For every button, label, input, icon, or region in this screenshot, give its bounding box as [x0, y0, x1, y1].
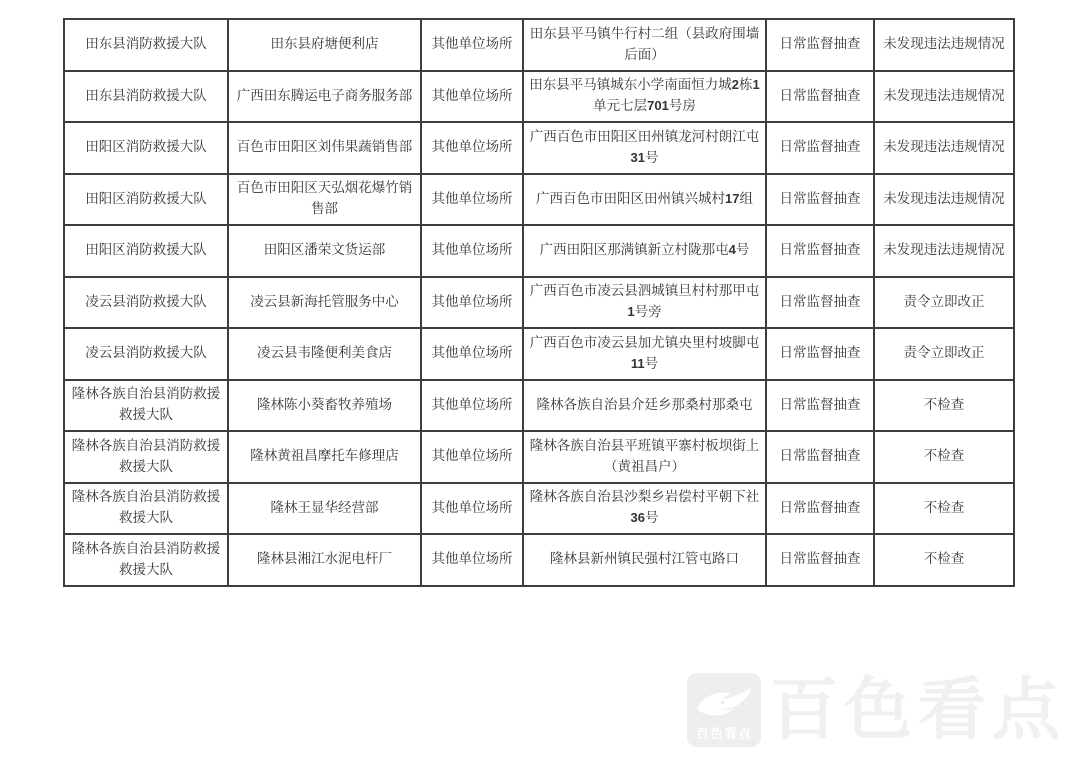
watermark: 百色看点 百色看点	[687, 672, 1067, 752]
cell-unit-name: 田东县府塘便利店	[228, 19, 421, 71]
cell-check-type: 日常监督抽查	[766, 174, 874, 226]
cell-result: 不检查	[874, 534, 1014, 586]
cell-unit-name: 凌云县韦隆便利美食店	[228, 328, 421, 380]
cell-result: 责令立即改正	[874, 328, 1014, 380]
cell-address: 隆林各族自治县沙梨乡岩偿村平朝下社36号	[523, 483, 766, 535]
cell-unit-name: 凌云县新海托管服务中心	[228, 277, 421, 329]
cell-check-type: 日常监督抽查	[766, 534, 874, 586]
table-row: 田阳区消防救援大队 百色市田阳区天弘烟花爆竹销售部 其他单位场所 广西百色市田阳…	[64, 174, 1014, 226]
watermark-logo: 百色看点	[687, 673, 761, 747]
watermark-brand-text: 百色看点	[770, 672, 1066, 748]
cell-brigade: 田东县消防救援大队	[64, 19, 228, 71]
inspection-table: 田东县消防救援大队 田东县府塘便利店 其他单位场所 田东县平马镇牛行村二组（县政…	[63, 18, 1015, 587]
cell-result: 未发现违法违规情况	[874, 71, 1014, 123]
cell-check-type: 日常监督抽查	[766, 277, 874, 329]
cell-check-type: 日常监督抽查	[766, 328, 874, 380]
cell-result: 不检查	[874, 431, 1014, 483]
cell-place-type: 其他单位场所	[421, 483, 523, 535]
cell-result: 责令立即改正	[874, 277, 1014, 329]
cell-brigade: 田阳区消防救援大队	[64, 225, 228, 277]
cell-brigade: 凌云县消防救援大队	[64, 328, 228, 380]
cell-address: 广西百色市田阳区田州镇兴城村17组	[523, 174, 766, 226]
cell-check-type: 日常监督抽查	[766, 380, 874, 432]
table-row: 隆林各族自治县消防救援救援大队 隆林王显华经营部 其他单位场所 隆林各族自治县沙…	[64, 483, 1014, 535]
cell-unit-name: 隆林陈小葵畜牧养殖场	[228, 380, 421, 432]
cell-address: 广西百色市凌云县泗城镇旦村村那甲屯1号旁	[523, 277, 766, 329]
table-row: 田东县消防救援大队 田东县府塘便利店 其他单位场所 田东县平马镇牛行村二组（县政…	[64, 19, 1014, 71]
cell-address: 广西百色市凌云县加尤镇央里村坡脚屯11号	[523, 328, 766, 380]
watermark-logo-label: 百色看点	[687, 723, 761, 742]
cell-brigade: 田阳区消防救援大队	[64, 174, 228, 226]
cell-address: 隆林县新州镇民强村江管屯路口	[523, 534, 766, 586]
cell-unit-name: 隆林黄祖昌摩托车修理店	[228, 431, 421, 483]
cell-address: 隆林各族自治县平班镇平寨村板坝街上（黄祖昌户）	[523, 431, 766, 483]
cell-address: 广西田阳区那满镇新立村陇那屯4号	[523, 225, 766, 277]
cell-check-type: 日常监督抽查	[766, 225, 874, 277]
table-row: 田阳区消防救援大队 百色市田阳区刘伟果蔬销售部 其他单位场所 广西百色市田阳区田…	[64, 122, 1014, 174]
cell-place-type: 其他单位场所	[421, 534, 523, 586]
cell-result: 未发现违法违规情况	[874, 122, 1014, 174]
table-row: 田阳区消防救援大队 田阳区潘荣文货运部 其他单位场所 广西田阳区那满镇新立村陇那…	[64, 225, 1014, 277]
cell-place-type: 其他单位场所	[421, 328, 523, 380]
cell-place-type: 其他单位场所	[421, 431, 523, 483]
cell-brigade: 田东县消防救援大队	[64, 71, 228, 123]
cell-place-type: 其他单位场所	[421, 277, 523, 329]
table-row: 凌云县消防救援大队 凌云县新海托管服务中心 其他单位场所 广西百色市凌云县泗城镇…	[64, 277, 1014, 329]
cell-unit-name: 隆林王显华经营部	[228, 483, 421, 535]
cell-place-type: 其他单位场所	[421, 174, 523, 226]
cell-check-type: 日常监督抽查	[766, 483, 874, 535]
cell-result: 不检查	[874, 380, 1014, 432]
cell-brigade: 隆林各族自治县消防救援救援大队	[64, 534, 228, 586]
table-row: 隆林各族自治县消防救援救援大队 隆林陈小葵畜牧养殖场 其他单位场所 隆林各族自治…	[64, 380, 1014, 432]
cell-brigade: 隆林各族自治县消防救援救援大队	[64, 380, 228, 432]
cell-check-type: 日常监督抽查	[766, 71, 874, 123]
cell-address: 广西百色市田阳区田州镇龙河村朗江屯31号	[523, 122, 766, 174]
cell-unit-name: 百色市田阳区天弘烟花爆竹销售部	[228, 174, 421, 226]
table-row: 凌云县消防救援大队 凌云县韦隆便利美食店 其他单位场所 广西百色市凌云县加尤镇央…	[64, 328, 1014, 380]
cell-brigade: 田阳区消防救援大队	[64, 122, 228, 174]
cell-brigade: 凌云县消防救援大队	[64, 277, 228, 329]
cell-address: 田东县平马镇牛行村二组（县政府围墙后面）	[523, 19, 766, 71]
cell-check-type: 日常监督抽查	[766, 19, 874, 71]
cell-unit-name: 百色市田阳区刘伟果蔬销售部	[228, 122, 421, 174]
cell-place-type: 其他单位场所	[421, 19, 523, 71]
cell-place-type: 其他单位场所	[421, 122, 523, 174]
cell-place-type: 其他单位场所	[421, 380, 523, 432]
cell-unit-name: 田阳区潘荣文货运部	[228, 225, 421, 277]
cell-result: 未发现违法违规情况	[874, 19, 1014, 71]
cell-brigade: 隆林各族自治县消防救援救援大队	[64, 483, 228, 535]
cell-check-type: 日常监督抽查	[766, 431, 874, 483]
table-row: 隆林各族自治县消防救援救援大队 隆林黄祖昌摩托车修理店 其他单位场所 隆林各族自…	[64, 431, 1014, 483]
cell-unit-name: 隆林县湘江水泥电杆厂	[228, 534, 421, 586]
cell-address: 隆林各族自治县介廷乡那桑村那桑屯	[523, 380, 766, 432]
cell-result: 未发现违法违规情况	[874, 225, 1014, 277]
cell-place-type: 其他单位场所	[421, 71, 523, 123]
cell-brigade: 隆林各族自治县消防救援救援大队	[64, 431, 228, 483]
cell-result: 未发现违法违规情况	[874, 174, 1014, 226]
table-row: 田东县消防救援大队 广西田东腾运电子商务服务部 其他单位场所 田东县平马镇城东小…	[64, 71, 1014, 123]
cell-address: 田东县平马镇城东小学南面恒力城2栋1单元七层701号房	[523, 71, 766, 123]
cell-result: 不检查	[874, 483, 1014, 535]
cell-check-type: 日常监督抽查	[766, 122, 874, 174]
table-row: 隆林各族自治县消防救援救援大队 隆林县湘江水泥电杆厂 其他单位场所 隆林县新州镇…	[64, 534, 1014, 586]
cell-place-type: 其他单位场所	[421, 225, 523, 277]
document-page: 田东县消防救援大队 田东县府塘便利店 其他单位场所 田东县平马镇牛行村二组（县政…	[0, 0, 1080, 763]
cell-unit-name: 广西田东腾运电子商务服务部	[228, 71, 421, 123]
